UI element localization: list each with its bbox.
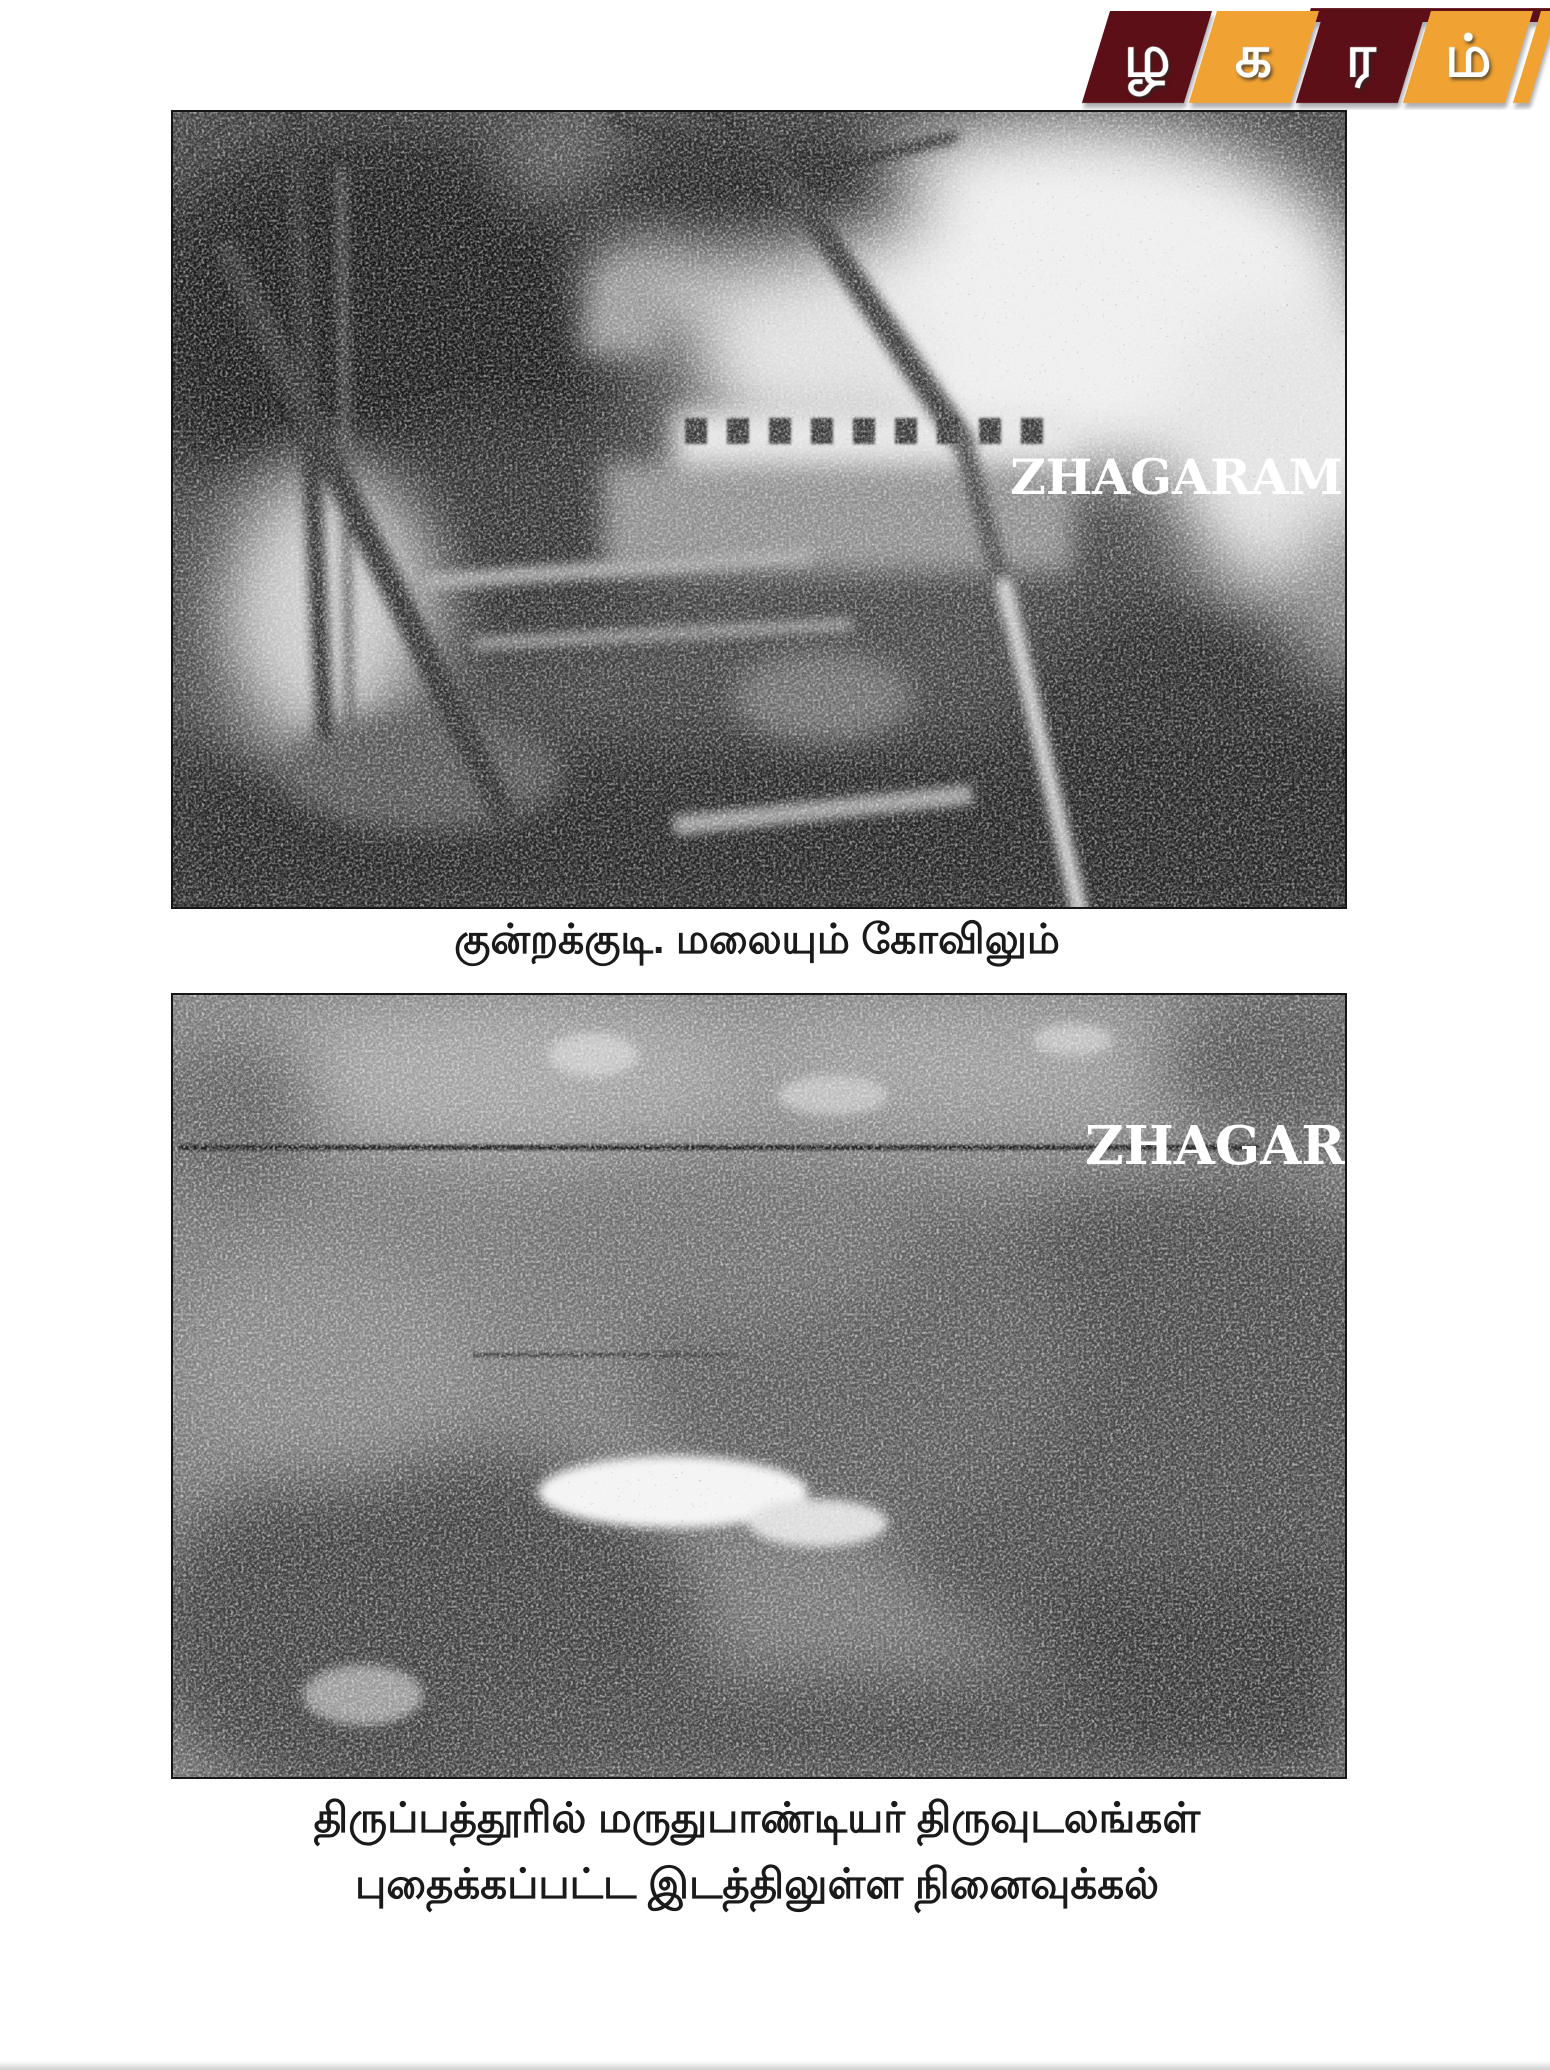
scan-edge-shadow xyxy=(0,2061,1550,2070)
logo-letter: ர xyxy=(1346,28,1376,86)
watermark-text: ZHAGARAM xyxy=(1010,448,1343,506)
zhagaram-logo-banner: ழ க ர ம் xyxy=(1082,8,1550,110)
photo-2-caption: திருப்பத்தூரில் மருதுபாண்டியர் திருவுடலங… xyxy=(171,1785,1343,1917)
photo-memorial-stone-site: ZHAGARAM xyxy=(171,993,1347,1779)
photo-kundrakudi-hill-temple: ZHAGARAM xyxy=(171,110,1347,909)
logo-letter: க xyxy=(1235,28,1272,86)
photo-image xyxy=(173,995,1345,1777)
logo-letter: ம் xyxy=(1445,28,1492,86)
caption-line-1: திருப்பத்தூரில் மருதுபாண்டியர் திருவுடலங… xyxy=(171,1785,1343,1851)
logo-letter-tile-4: ம் xyxy=(1403,11,1533,103)
logo-segments: ழ க ர ம் xyxy=(1082,11,1550,103)
logo-letter: ழ xyxy=(1124,28,1171,86)
scanned-page: ழ க ர ம் xyxy=(0,0,1550,2070)
caption-line-2: புதைக்கப்பட்ட இடத்திலுள்ள நினைவுக்கல் xyxy=(171,1851,1343,1917)
watermark-text: ZHAGARAM xyxy=(1085,1115,1347,1177)
photo-1-caption: குன்றக்குடி. மலையும் கோவிலும் xyxy=(171,916,1343,969)
photo-image xyxy=(173,112,1345,907)
